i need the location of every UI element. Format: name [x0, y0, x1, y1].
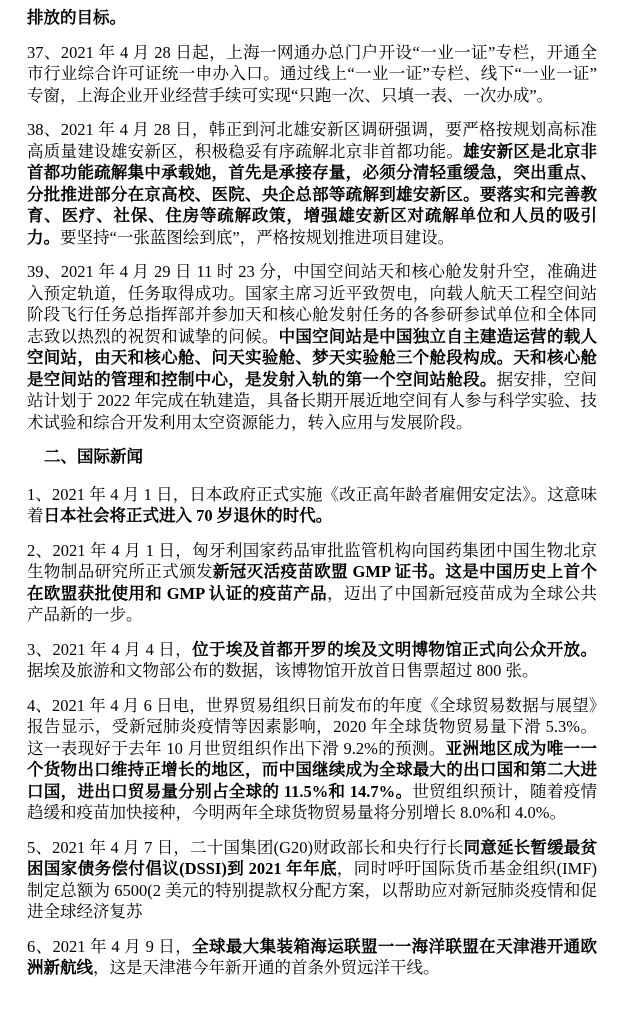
text-run: 6、2021 年 4 月 9 日，: [27, 937, 192, 956]
text-run: 37、2021 年 4 月 28 日起，上海一网通办总门户开设“一业一证”专栏，…: [27, 43, 597, 105]
news-item-38: 38、2021 年 4 月 28 日，韩正到河北雄安新区调研强调，要严格按规划高…: [27, 119, 597, 248]
text-run: 5、2021 年 4 月 7 日，二十国集团(G20)财政部长和央行行长: [27, 838, 464, 857]
text-run: 3、2021 年 4 月 4 日，: [27, 640, 192, 659]
news-item-37: 37、2021 年 4 月 28 日起，上海一网通办总门户开设“一业一证”专栏，…: [27, 42, 597, 107]
text-run: 要坚持“一张蓝图绘到底”，严格按规划推进项目建设。: [60, 228, 454, 247]
text-run: ，这是天津港今年新开通的首条外贸远洋干线。: [93, 958, 440, 977]
section-heading-international-news: 二、国际新闻: [27, 446, 597, 468]
text-run-bold: 排放的目标。: [27, 8, 126, 27]
news-item-intl-5: 5、2021 年 4 月 7 日，二十国集团(G20)财政部长和央行行长同意延长…: [27, 837, 597, 923]
heading-text: 二、国际新闻: [44, 447, 143, 466]
paragraph-goal-fragment: 排放的目标。: [27, 7, 597, 29]
news-item-intl-3: 3、2021 年 4 月 4 日，位于埃及首都开罗的埃及文明博物馆正式向公众开放…: [27, 639, 597, 682]
news-item-intl-4: 4、2021 年 4 月 6 日电，世界贸易组织日前发布的年度《全球贸易数据与展…: [27, 695, 597, 824]
news-item-39: 39、2021 年 4 月 29 日 11 时 23 分，中国空间站天和核心舱发…: [27, 261, 597, 433]
news-item-intl-6: 6、2021 年 4 月 9 日，全球最大集装箱海运联盟一一海洋联盟在天津港开通…: [27, 936, 597, 979]
text-run: 据埃及旅游和文物部公布的数据，该博物馆开放首日售票超过 800 张。: [27, 661, 539, 680]
document-page: 排放的目标。 37、2021 年 4 月 28 日起，上海一网通办总门户开设“一…: [0, 0, 624, 1009]
news-item-intl-1: 1、2021 年 4 月 1 日，日本政府正式实施《改正高年龄者雇佣安定法》。这…: [27, 484, 597, 527]
text-run-bold: 日本社会将正式进入 70 岁退休的时代。: [44, 506, 333, 525]
news-item-intl-2: 2、2021 年 4 月 1 日，匈牙利国家药品审批监管机构向国药集团中国生物北…: [27, 540, 597, 626]
text-run-bold: 位于埃及首都开罗的埃及文明博物馆正式向公众开放。: [192, 640, 597, 659]
